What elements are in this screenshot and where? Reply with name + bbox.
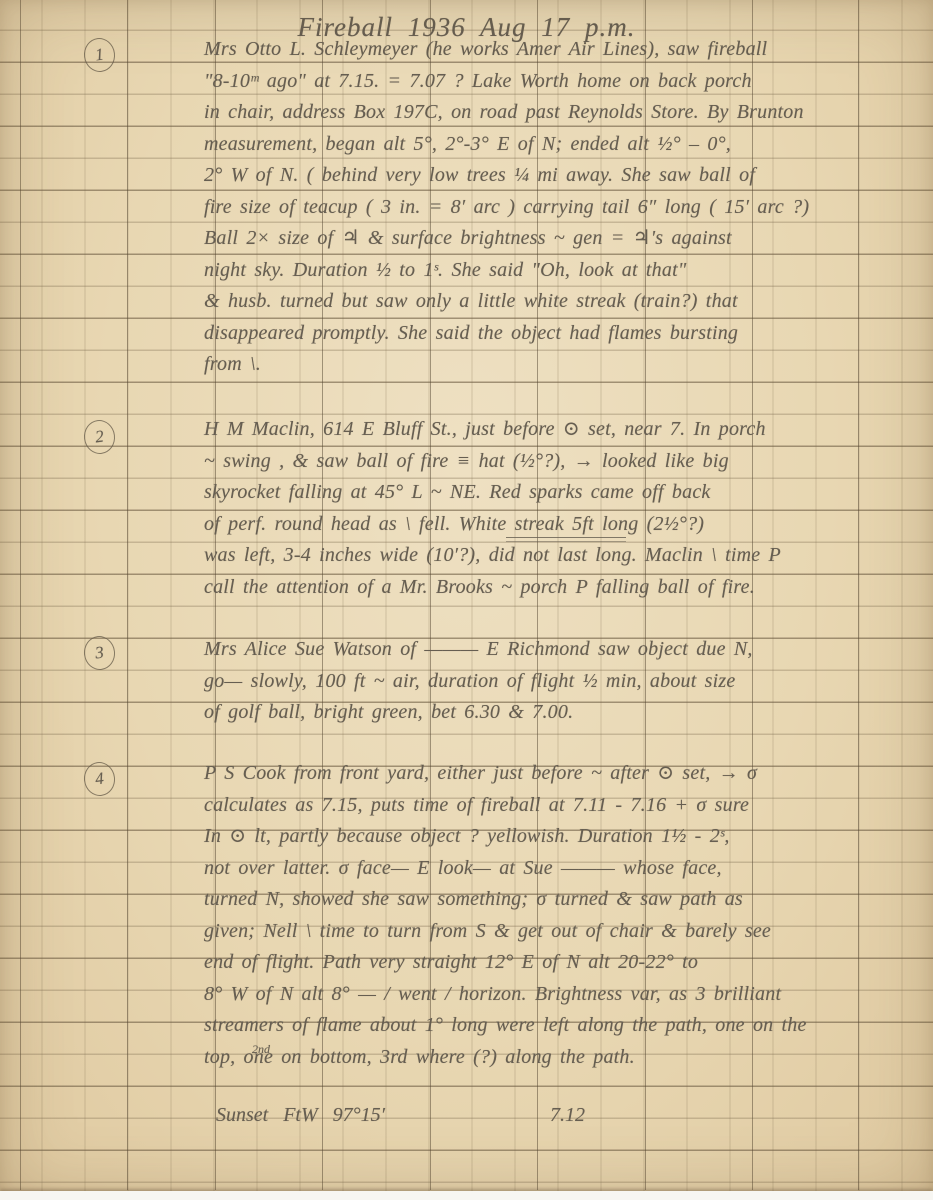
handwritten-line: ~ swing , & saw ball of fire ≡ hat (½°?)… — [204, 446, 910, 478]
handwritten-line: given; Nell \ time to turn from S & get … — [204, 916, 910, 948]
handwritten-line: measurement, began alt 5°, 2°-3° E of N;… — [204, 129, 910, 161]
handwritten-line: "8-10ᵐ ago" at 7.15. = 7.07 ? Lake Worth… — [204, 66, 910, 98]
handwritten-line: H M Maclin, 614 E Bluff St., just before… — [204, 414, 910, 446]
footer-time: 7.12 — [550, 1100, 585, 1131]
footer-note: Sunset FtW 97°15′ 7.12 — [204, 1100, 854, 1132]
scan-bottom-edge — [0, 1191, 933, 1200]
handwritten-line: Mrs Alice Sue Watson of ——— E Richmond s… — [204, 634, 910, 666]
handwritten-line: skyrocket falling at 45° L ~ NE. Red spa… — [204, 477, 910, 509]
entry-maclin: H M Maclin, 614 E Bluff St., just before… — [204, 414, 910, 603]
handwritten-underline — [506, 537, 626, 542]
entry-cook: P S Cook from front yard, either just be… — [204, 758, 910, 1073]
grid-vertical-line — [127, 0, 128, 1190]
entry-watson: Mrs Alice Sue Watson of ——— E Richmond s… — [204, 634, 910, 729]
handwritten-line: P S Cook from front yard, either just be… — [204, 758, 910, 790]
handwritten-line: 8° W of N alt 8° — / went / horizon. Bri… — [204, 979, 910, 1011]
handwritten-line: top, one on bottom, 3rd where (?) along … — [204, 1042, 910, 1074]
handwritten-line: end of flight. Path very straight 12° E … — [204, 947, 910, 979]
handwritten-line: was left, 3-4 inches wide (10′?), did no… — [204, 540, 910, 572]
handwritten-line: turned N, showed she saw something; σ tu… — [204, 884, 910, 916]
handwritten-line: of golf ball, bright green, bet 6.30 & 7… — [204, 697, 910, 729]
handwritten-line: not over latter. σ face— E look— at Sue … — [204, 853, 910, 885]
annotation-2nd: 2nd — [252, 1043, 270, 1055]
grid-vertical-line — [20, 0, 21, 1190]
handwritten-line: call the attention of a Mr. Brooks ~ por… — [204, 572, 910, 604]
handwritten-line: in chair, address Box 197C, on road past… — [204, 97, 910, 129]
entry-schleymeyer: Mrs Otto L. Schleymeyer (he works Amer A… — [204, 34, 910, 381]
handwritten-line: Ball 2× size of ♃ & surface brightness ~… — [204, 223, 910, 255]
handwritten-line: calculates as 7.15, puts time of firebal… — [204, 790, 910, 822]
handwritten-line: fire size of teacup ( 3 in. = 8′ arc ) c… — [204, 192, 910, 224]
handwritten-line: streamers of flame about 1° long were le… — [204, 1010, 910, 1042]
footer-sunset-text: Sunset FtW 97°15′ — [216, 1100, 385, 1131]
handwritten-line: from \. — [204, 349, 910, 381]
handwritten-line: disappeared promptly. She said the objec… — [204, 318, 910, 350]
handwritten-line: of perf. round head as \ fell. White str… — [204, 509, 910, 541]
handwritten-line: night sky. Duration ½ to 1ˢ. She said "O… — [204, 255, 910, 287]
handwritten-line: Mrs Otto L. Schleymeyer (he works Amer A… — [204, 34, 910, 66]
handwritten-line: go— slowly, 100 ft ~ air, duration of fl… — [204, 666, 910, 698]
handwritten-line: 2° W of N. ( behind very low trees ¼ mi … — [204, 160, 910, 192]
handwritten-line: In ⊙ lt, partly because object ? yellowi… — [204, 821, 910, 853]
handwritten-line: & husb. turned but saw only a little whi… — [204, 286, 910, 318]
